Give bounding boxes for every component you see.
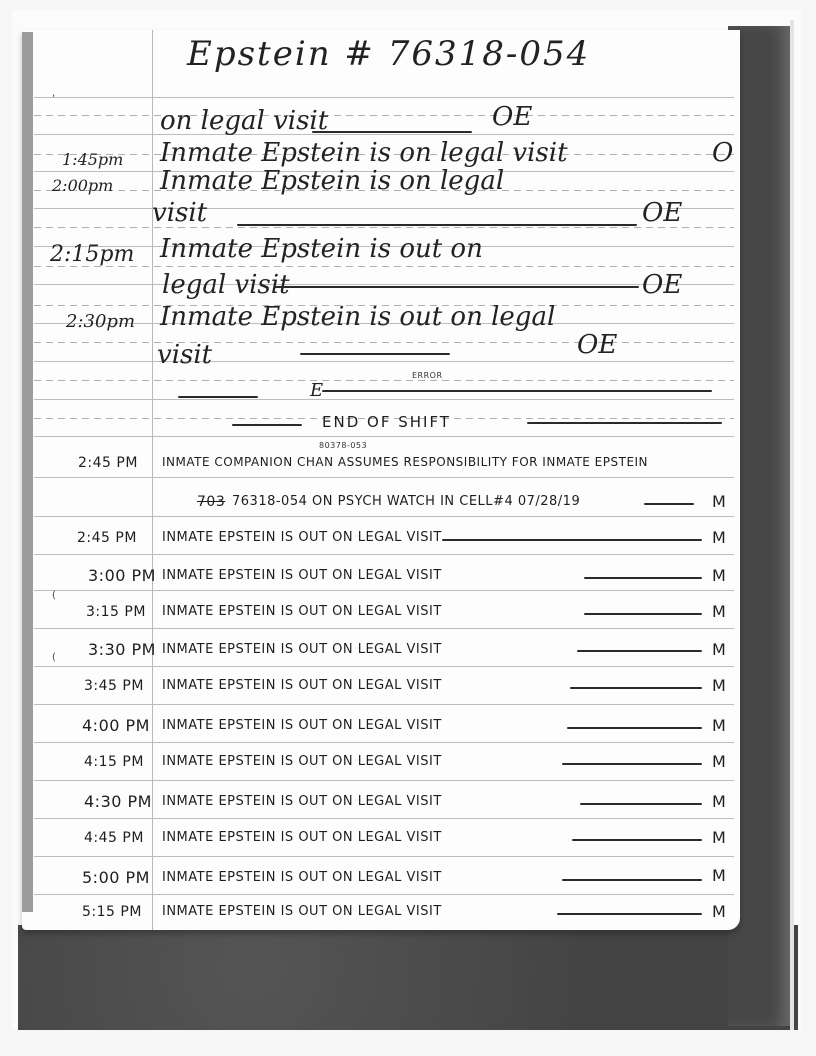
entry-text: INMATE EPSTEIN IS OUT ON LEGAL VISIT xyxy=(162,830,442,845)
hand-entry-time: 2:15pm xyxy=(50,242,134,267)
dash-line xyxy=(232,424,302,426)
error-label: ERROR xyxy=(412,371,443,380)
dash-line xyxy=(300,353,450,355)
hand-entry-text: visit xyxy=(157,340,212,370)
ruled-line xyxy=(34,780,734,781)
entry-time: 3:30 PM xyxy=(88,640,156,659)
scan-edge-right xyxy=(790,20,794,1030)
hand-entry-text: Inmate Epstein is out on legal xyxy=(160,302,555,332)
hand-entry-text: on legal visit xyxy=(160,106,328,136)
hand-entry-text: Inmate Epstein is on legal visit xyxy=(160,138,568,168)
margin-mark: ( xyxy=(52,590,56,601)
dash-line xyxy=(312,131,472,133)
ruled-line xyxy=(34,894,734,895)
initials: OE xyxy=(642,270,682,300)
dash-line xyxy=(562,879,702,881)
ruled-line xyxy=(34,380,734,381)
ruled-line xyxy=(34,704,734,705)
ruled-line xyxy=(34,516,734,517)
entry-time: 2:45 PM xyxy=(78,455,138,471)
entry-time: 3:45 PM xyxy=(84,678,144,694)
entry-text: INMATE EPSTEIN IS OUT ON LEGAL VISIT xyxy=(162,678,442,693)
margin-line xyxy=(152,30,153,930)
ruled-line xyxy=(34,436,734,437)
ruled-line xyxy=(34,666,734,667)
dash-line xyxy=(572,839,702,841)
initials: M xyxy=(712,828,726,847)
initials: M xyxy=(712,792,726,811)
ruled-line xyxy=(34,342,734,343)
entry-text: INMATE EPSTEIN IS OUT ON LEGAL VISIT xyxy=(162,904,442,919)
dash-line xyxy=(527,422,722,424)
entry-text: INMATE EPSTEIN IS OUT ON LEGAL VISIT xyxy=(162,642,442,657)
entry-time: 3:00 PM xyxy=(88,566,156,585)
ruled-line xyxy=(34,97,734,98)
ruled-line xyxy=(34,628,734,629)
notebook-page: , ( ( Epstein # 76318-054 on legal visit… xyxy=(22,30,740,930)
initials: M xyxy=(712,566,726,585)
ruled-line xyxy=(34,477,734,478)
end-of-shift: END OF SHIFT xyxy=(322,413,451,431)
ruled-line xyxy=(34,742,734,743)
ruled-line xyxy=(34,208,734,209)
entry-time: 5:15 PM xyxy=(82,904,142,920)
dash-line xyxy=(584,613,702,615)
ruled-line xyxy=(34,284,734,285)
entry-time: 2:45 PM xyxy=(77,530,137,546)
initials: M xyxy=(712,492,726,511)
entry-time: 4:00 PM xyxy=(82,716,150,735)
entry-text: INMATE COMPANION CHAN ASSUMES RESPONSIBI… xyxy=(162,455,648,469)
entry-time: 4:45 PM xyxy=(84,830,144,846)
ruled-line xyxy=(34,399,734,400)
hand-entry-time: 1:45pm xyxy=(62,150,123,169)
ruled-line xyxy=(34,818,734,819)
binding-strip xyxy=(22,32,33,912)
page-header: Epstein # 76318-054 xyxy=(187,34,590,74)
dash-line xyxy=(562,763,702,765)
ruled-line xyxy=(34,554,734,555)
entry-text: INMATE EPSTEIN IS OUT ON LEGAL VISIT xyxy=(162,604,442,619)
initials: M xyxy=(712,640,726,659)
struck-text: 703 xyxy=(197,494,225,510)
margin-mark: , xyxy=(52,88,55,99)
entry-text: INMATE EPSTEIN IS OUT ON LEGAL VISIT xyxy=(162,530,442,545)
ruled-line xyxy=(34,134,734,135)
entry-text: INMATE EPSTEIN IS OUT ON LEGAL VISIT xyxy=(162,718,442,733)
dash-line xyxy=(237,224,637,226)
initials: OE xyxy=(577,330,617,360)
entry-time: 4:30 PM xyxy=(84,792,152,811)
hand-entry-text: visit xyxy=(152,198,207,228)
dash-line xyxy=(274,286,639,288)
hand-entry-time: 2:00pm xyxy=(52,176,113,195)
dash-line xyxy=(442,539,702,541)
entry-text: INMATE EPSTEIN IS OUT ON LEGAL VISIT xyxy=(162,794,442,809)
ruled-line xyxy=(34,266,734,267)
entry-text: 76318-054 ON PSYCH WATCH IN CELL#4 07/28… xyxy=(232,494,580,509)
initials: O xyxy=(712,138,733,168)
ruled-line xyxy=(34,361,734,362)
hand-entry-time: 2:30pm xyxy=(66,311,135,332)
hand-entry-text: Inmate Epstein is out on xyxy=(160,234,483,264)
hand-entry-text: Inmate Epstein is on legal xyxy=(160,166,504,196)
margin-mark: ( xyxy=(52,652,56,663)
initials: M xyxy=(712,866,726,885)
dash-line xyxy=(567,727,702,729)
entry-text: INMATE EPSTEIN IS OUT ON LEGAL VISIT xyxy=(162,754,442,769)
dash-line xyxy=(557,913,702,915)
initials: OE xyxy=(642,198,682,228)
dash-line xyxy=(580,803,702,805)
entry-time: 4:15 PM xyxy=(84,754,144,770)
ruled-line xyxy=(34,590,734,591)
entry-text: INMATE EPSTEIN IS OUT ON LEGAL VISIT xyxy=(162,568,442,583)
hand-entry-text: legal visit xyxy=(162,270,290,300)
ruled-line xyxy=(34,856,734,857)
entry-text: INMATE EPSTEIN IS OUT ON LEGAL VISIT xyxy=(162,870,442,885)
ruled-line xyxy=(34,115,734,116)
entry-time: 3:15 PM xyxy=(86,604,146,620)
initials: M xyxy=(712,752,726,771)
ruled-line xyxy=(34,227,734,228)
initials: M xyxy=(712,528,726,547)
scribble-strike xyxy=(178,396,258,398)
initials: M xyxy=(712,716,726,735)
initials: M xyxy=(712,602,726,621)
dash-line xyxy=(577,650,702,652)
initials: M xyxy=(712,676,726,695)
initials: OE xyxy=(492,102,532,132)
entry-time: 5:00 PM xyxy=(82,868,150,887)
dash-line xyxy=(584,577,702,579)
inmate-number-annotation: 80378-053 xyxy=(319,441,367,450)
error-line xyxy=(322,390,712,392)
dash-line xyxy=(570,687,702,689)
scan-shadow-bottom xyxy=(18,925,798,1030)
dash-line xyxy=(644,503,694,505)
initials: M xyxy=(712,902,726,921)
